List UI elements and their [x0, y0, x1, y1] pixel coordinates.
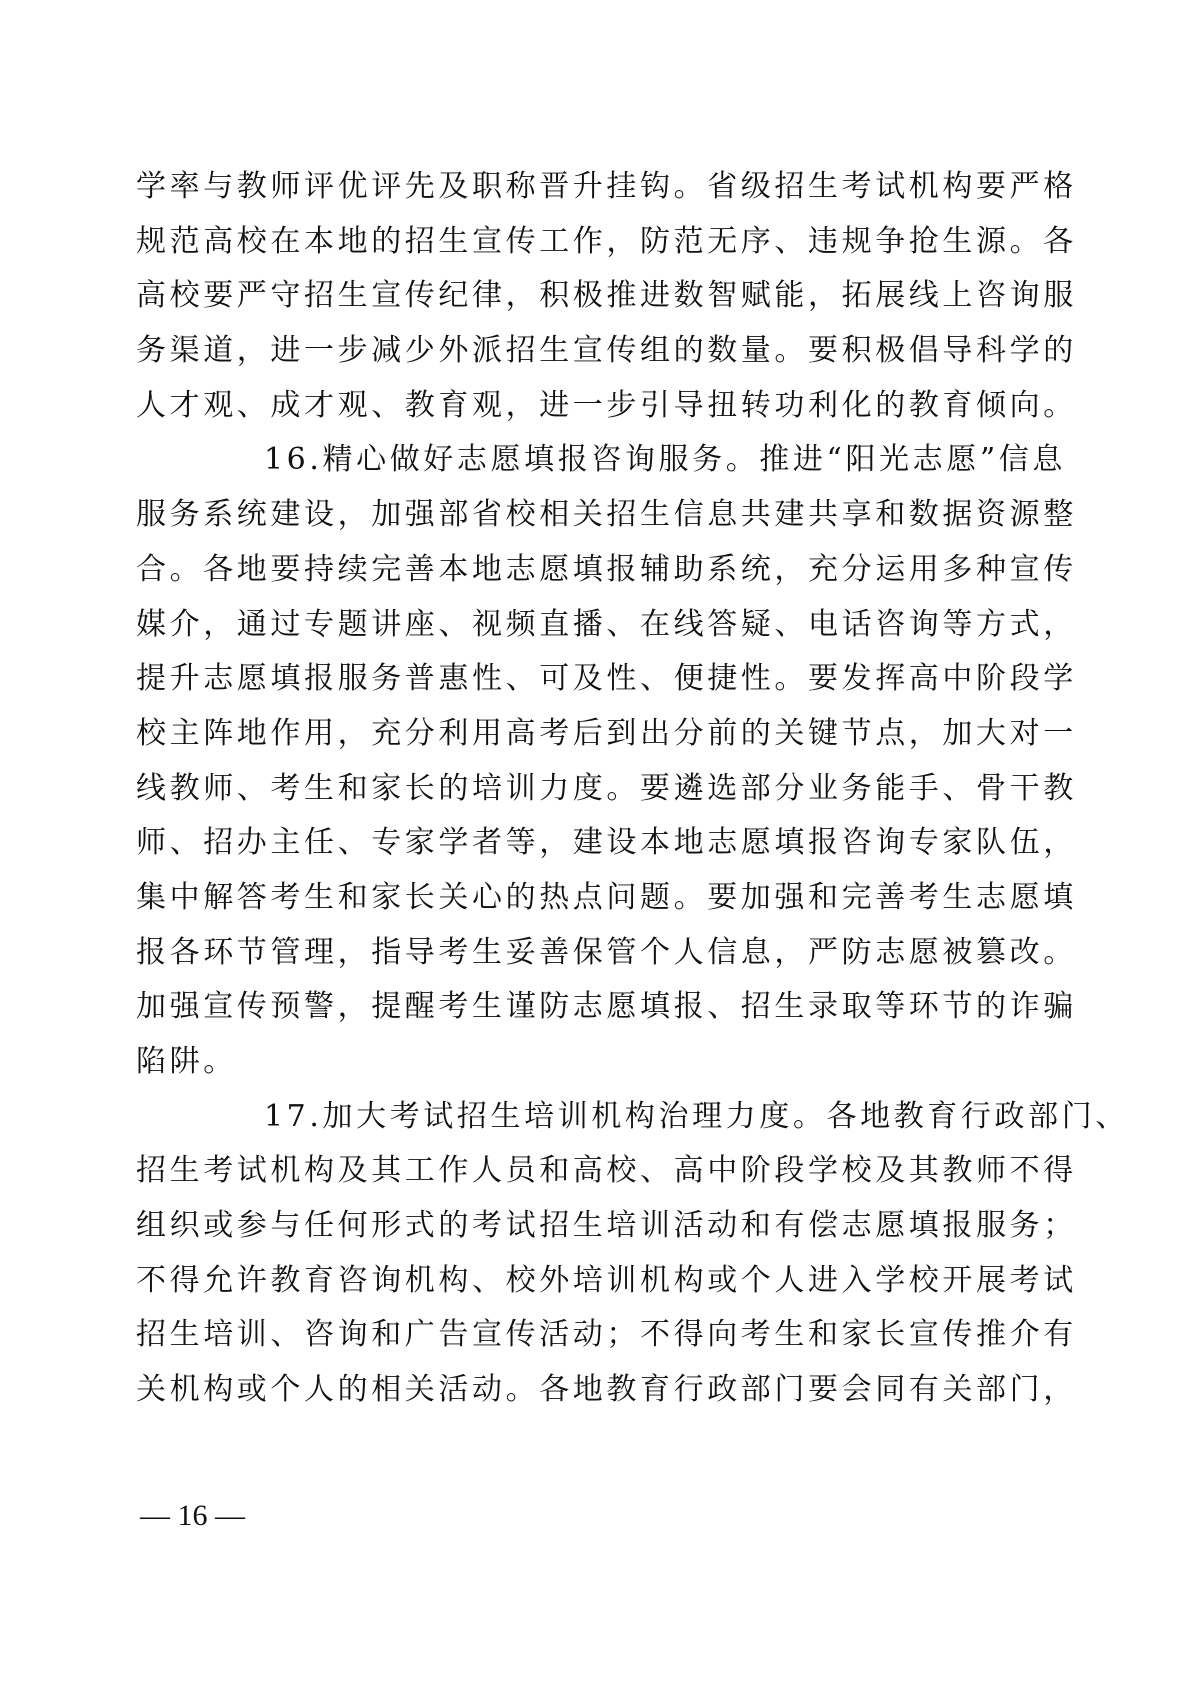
paragraph-item-16: 16.精心做好志愿填报咨询服务。推进“阳光志愿”信息 服务系统建设，加强部省校相… [136, 433, 982, 1089]
text-line: 服务系统建设，加强部省校相关招生信息共建共享和数据资源整 [136, 488, 982, 543]
paragraph-item-17: 17.加大考试招生培训机构治理力度。各地教育行政部门、 招生考试机构及其工作人员… [136, 1090, 982, 1418]
paragraph-heading-line: 16.精心做好志愿填报咨询服务。推进“阳光志愿”信息 [136, 433, 982, 488]
text-line: 陷阱。 [136, 1035, 982, 1090]
text-line: 不得允许教育咨询机构、校外培训机构或个人进入学校开展考试 [136, 1254, 982, 1309]
text-line: 组织或参与任何形式的考试招生培训活动和有偿志愿填报服务； [136, 1199, 982, 1254]
text-line: 师、招办主任、专家学者等，建设本地志愿填报咨询专家队伍， [136, 816, 982, 871]
text-line: 合。各地要持续完善本地志愿填报辅助系统，充分运用多种宣传 [136, 543, 982, 598]
page-number: — 16 — [140, 1496, 245, 1536]
text-line: 高校要严守招生宣传纪律，积极推进数智赋能，拓展线上咨询服 [136, 269, 982, 324]
body-text: 学率与教师评优评先及职称晋升挂钩。省级招生考试机构要严格 规范高校在本地的招生宣… [136, 160, 982, 1418]
text-line: 加强宣传预警，提醒考生谨防志愿填报、招生录取等环节的诈骗 [136, 980, 982, 1035]
text-line: 提升志愿填报服务普惠性、可及性、便捷性。要发挥高中阶段学 [136, 652, 982, 707]
paragraph-heading-line: 17.加大考试招生培训机构治理力度。各地教育行政部门、 [136, 1090, 982, 1145]
text-line: 校主阵地作用，充分利用高考后到出分前的关键节点，加大对一 [136, 707, 982, 762]
text-line: 报各环节管理，指导考生妥善保管个人信息，严防志愿被篡改。 [136, 926, 982, 981]
text-line: 招生考试机构及其工作人员和高校、高中阶段学校及其教师不得 [136, 1144, 982, 1199]
paragraph-continuation: 学率与教师评优评先及职称晋升挂钩。省级招生考试机构要严格 规范高校在本地的招生宣… [136, 160, 982, 433]
text-line: 线教师、考生和家长的培训力度。要遴选部分业务能手、骨干教 [136, 762, 982, 817]
text-line: 集中解答考生和家长关心的热点问题。要加强和完善考生志愿填 [136, 871, 982, 926]
text-line: 媒介，通过专题讲座、视频直播、在线答疑、电话咨询等方式， [136, 598, 982, 653]
text-line: 务渠道，进一步减少外派招生宣传组的数量。要积极倡导科学的 [136, 324, 982, 379]
text-line: 人才观、成才观、教育观，进一步引导扭转功利化的教育倾向。 [136, 379, 982, 434]
text-line: 学率与教师评优评先及职称晋升挂钩。省级招生考试机构要严格 [136, 160, 982, 215]
text-line: 招生培训、咨询和广告宣传活动；不得向考生和家长宣传推介有 [136, 1308, 982, 1363]
document-page: 学率与教师评优评先及职称晋升挂钩。省级招生考试机构要严格 规范高校在本地的招生宣… [0, 0, 1191, 1684]
text-line: 关机构或个人的相关活动。各地教育行政部门要会同有关部门， [136, 1363, 982, 1418]
text-line: 规范高校在本地的招生宣传工作，防范无序、违规争抢生源。各 [136, 215, 982, 270]
